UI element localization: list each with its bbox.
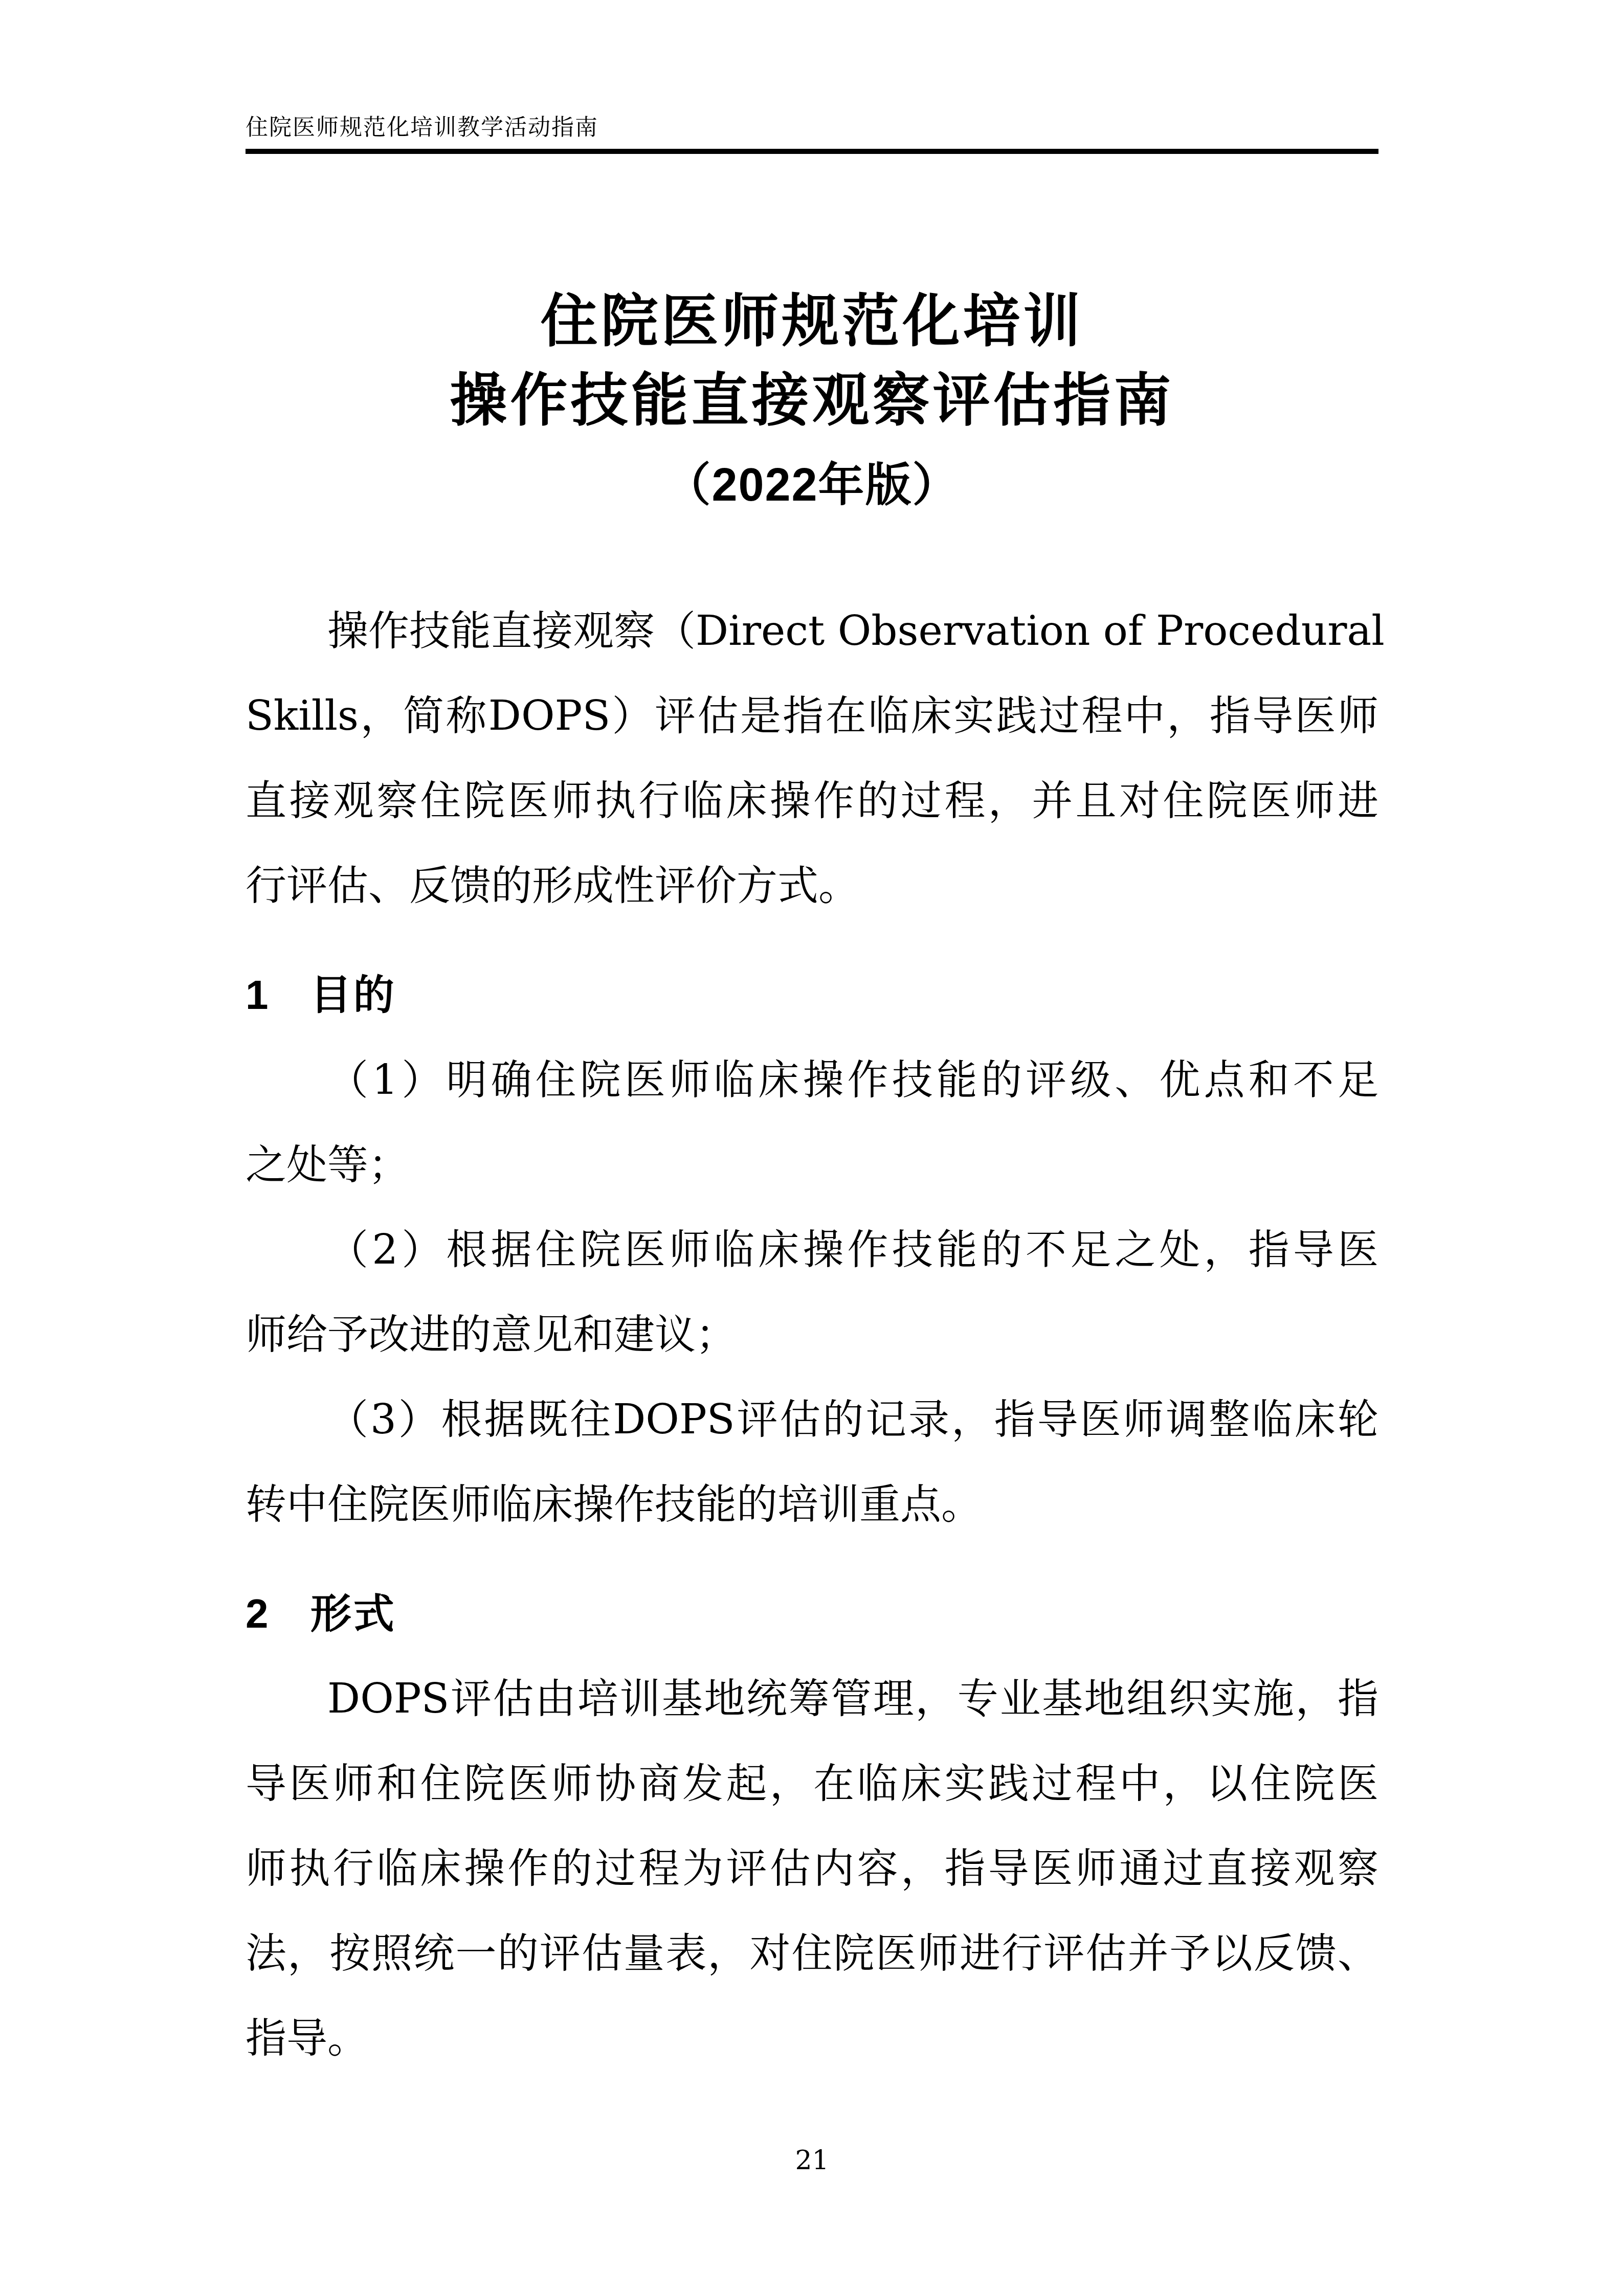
body-line: （3）根据既往DOPS评估的记录，指导医师调整临床轮	[246, 1377, 1378, 1462]
body-line: 师执行临床操作的过程为评估内容，指导医师通过直接观察	[246, 1826, 1378, 1911]
section-number: 1	[246, 953, 269, 1038]
section-heading-2: 2 形式	[246, 1571, 1378, 1656]
intro-line: 直接观察住院医师执行临床操作的过程，并且对住院医师进	[246, 758, 1378, 843]
body-line: （2）根据住院医师临床操作技能的不足之处，指导医	[246, 1207, 1378, 1292]
document-body: 操作技能直接观察（Direct Observation of Procedura…	[246, 589, 1378, 2081]
body-line: （1）明确住院医师临床操作技能的评级、优点和不足	[246, 1038, 1378, 1122]
section-label: 形式	[310, 1571, 396, 1656]
body-line: 指导。	[246, 1996, 1378, 2081]
body-line: DOPS评估由培训基地统筹管理，专业基地组织实施，指	[246, 1656, 1378, 1741]
intro-line: Skills，简称DOPS）评估是指在临床实践过程中，指导医师	[246, 673, 1378, 758]
document-title: 住院医师规范化培训 操作技能直接观察评估指南 （2022年版）	[246, 282, 1378, 521]
page-footer: 21	[0, 2140, 1624, 2181]
intro-line: 操作技能直接观察（Direct Observation of Procedura…	[246, 589, 1378, 673]
header-title: 住院医师规范化培训教学活动指南	[246, 115, 1378, 141]
title-line-1: 住院医师规范化培训	[246, 282, 1378, 361]
page-header: 住院医师规范化培训教学活动指南	[246, 0, 1378, 154]
title-line-2: 操作技能直接观察评估指南	[246, 361, 1378, 440]
body-line: 之处等；	[246, 1122, 1378, 1207]
page-number: 21	[795, 2145, 829, 2176]
body-line: 导医师和住院医师协商发起，在临床实践过程中，以住院医	[246, 1741, 1378, 1826]
body-line: 师给予改进的意见和建议；	[246, 1292, 1378, 1377]
intro-line: 行评估、反馈的形成性评价方式。	[246, 843, 1378, 928]
section-heading-1: 1 目的	[246, 953, 1378, 1038]
document-page: 住院医师规范化培训教学活动指南 住院医师规范化培训 操作技能直接观察评估指南 （…	[0, 0, 1624, 2296]
section-label: 目的	[310, 953, 396, 1038]
title-edition: （2022年版）	[246, 449, 1378, 521]
header-rule	[246, 149, 1378, 154]
section-number: 2	[246, 1571, 269, 1656]
body-line: 转中住院医师临床操作技能的培训重点。	[246, 1462, 1378, 1547]
body-line: 法，按照统一的评估量表，对住院医师进行评估并予以反馈、	[246, 1911, 1378, 1996]
